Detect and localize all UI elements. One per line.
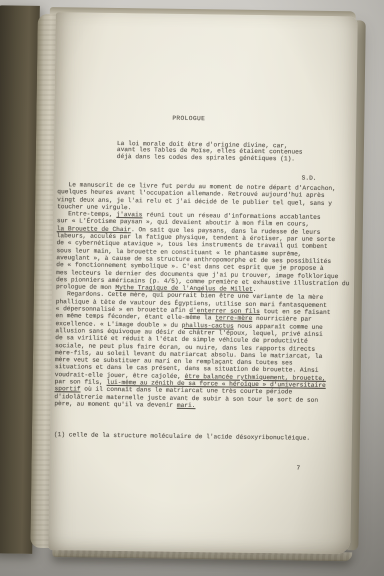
epigraph-signature: S.D.: [116, 173, 316, 182]
paragraph: Entre-temps, j'avais réuni tout un résea…: [56, 210, 349, 294]
photo-background: PROLOGUE La loi morale doit être d'origi…: [0, 0, 384, 576]
body-text: Le manuscrit de ce livre fut perdu au mo…: [54, 181, 349, 411]
epigraph-lines: La loi morale doit être d'origine divine…: [117, 141, 317, 163]
book-page: PROLOGUE La loi morale doit être d'origi…: [48, 12, 357, 554]
footnote: (1) celle de la structure moléculaire de…: [54, 431, 346, 442]
page-number: 7: [296, 465, 300, 472]
page-heading: PROLOGUE: [172, 115, 205, 122]
book: PROLOGUE La loi morale doit être d'origi…: [0, 3, 382, 568]
paragraph: Regardons. Cette mère, qui pourrait bien…: [54, 291, 348, 412]
paragraph: Le manuscrit de ce livre fut perdu au mo…: [57, 181, 349, 214]
